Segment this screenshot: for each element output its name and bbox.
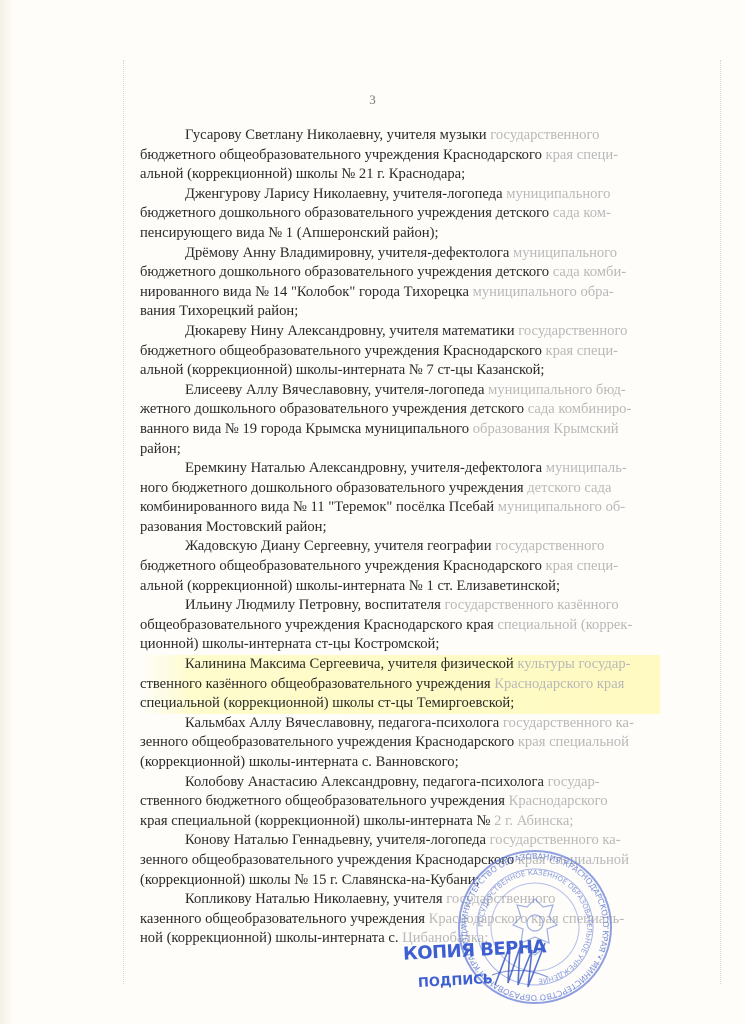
text-line: разования Мостовский район; — [140, 518, 660, 538]
text-line: Еремкину Наталью Александровну, учителя-… — [140, 459, 660, 479]
text-line: Дженгурову Ларису Николаевну, учителя-ло… — [140, 185, 660, 205]
line-text: Дженгурову Ларису Николаевну, учителя-ло… — [185, 186, 506, 202]
text-line: район; — [140, 440, 660, 460]
appointee-paragraph: Дженгурову Ларису Николаевну, учителя-ло… — [140, 185, 660, 244]
text-line: ционной) школы-интерната ст-цы Костромск… — [140, 635, 660, 655]
faded-line-text: Краснодарского — [509, 793, 608, 809]
line-text: бюджетного дошкольного образовательного … — [140, 264, 553, 280]
appointee-paragraph: Кальмбах Аллу Вячеславовну, педагога-пси… — [140, 714, 660, 773]
faded-line-text: культуры государ- — [517, 656, 630, 672]
line-text: альной (коррекционной) школы-интерната №… — [140, 362, 544, 378]
text-line: ванного вида № 19 города Крымска муницип… — [140, 420, 660, 440]
text-line: Калинина Максима Сергеевича, учителя физ… — [140, 655, 660, 675]
faded-line-text: Краснодарского края — [494, 676, 624, 692]
text-line: жетного дошкольного образовательного учр… — [140, 400, 660, 420]
faded-line-text: муниципального обра- — [473, 284, 614, 300]
text-line: ственного бюджетного общеобразовательног… — [140, 792, 660, 812]
line-text: бюджетного общеобразовательного учрежден… — [140, 343, 546, 359]
line-text: ванного вида № 19 города Крымска муницип… — [140, 421, 473, 437]
line-text: Жадовскую Диану Сергеевну, учителя геогр… — [185, 538, 495, 554]
line-text: альной (коррекционной) школы № 21 г. Кра… — [140, 166, 465, 182]
text-line: нированного вида № 14 "Колобок" города Т… — [140, 283, 660, 303]
line-text: альной (коррекционной) школы-интерната №… — [140, 578, 560, 594]
appointee-paragraph: Колобову Анастасию Александровну, педаго… — [140, 773, 660, 832]
line-text: Копликову Наталью Николаевну, учителя — [185, 891, 446, 907]
line-text: казенного общеобразовательного учреждени… — [140, 911, 429, 927]
text-line: Ильину Людмилу Петровну, воспитателя гос… — [140, 596, 660, 616]
faded-line-text: муниципального — [513, 245, 617, 261]
text-line: Дрёмову Анну Владимировну, учителя-дефек… — [140, 244, 660, 264]
faded-line-text: края специ- — [546, 147, 618, 163]
text-line: ного бюджетного дошкольного образователь… — [140, 479, 660, 499]
line-text: нированного вида № 14 "Колобок" города Т… — [140, 284, 473, 300]
faded-line-text: 2 г. Абинска; — [494, 813, 573, 829]
line-text: ной (коррекционной) школы-интерната с. — [140, 930, 402, 946]
text-line: бюджетного общеобразовательного учрежден… — [140, 557, 660, 577]
line-text: (коррекционной) школы № 15 г. Славянска-… — [140, 872, 480, 888]
line-text: Дрёмову Анну Владимировну, учителя-дефек… — [185, 245, 513, 261]
faded-line-text: государственного ка- — [503, 715, 634, 731]
faded-line-text: образования Крымский — [473, 421, 619, 437]
line-text: Еремкину Наталью Александровну, учителя-… — [185, 460, 546, 476]
line-text: Гусарову Светлану Николаевну, учителя му… — [185, 127, 490, 143]
appointee-paragraph: Дрёмову Анну Владимировну, учителя-дефек… — [140, 244, 660, 322]
line-text: бюджетного дошкольного образовательного … — [140, 205, 553, 221]
appointee-paragraph: Еремкину Наталью Александровну, учителя-… — [140, 459, 660, 537]
line-text: ственного казённого общеобразовательного… — [140, 676, 494, 692]
line-text: комбинированного вида № 11 "Теремок" пос… — [140, 499, 498, 515]
text-line: бюджетного дошкольного образовательного … — [140, 204, 660, 224]
appointee-paragraph: Ильину Людмилу Петровну, воспитателя гос… — [140, 596, 660, 655]
faded-line-text: детского сада — [527, 480, 611, 496]
line-text: Калинина Максима Сергеевича, учителя физ… — [185, 656, 517, 672]
appointee-paragraph: Гусарову Светлану Николаевну, учителя му… — [140, 126, 660, 185]
line-text: зенного общеобразовательного учреждения … — [140, 734, 518, 750]
appointee-paragraph: Калинина Максима Сергеевича, учителя физ… — [140, 655, 660, 714]
faded-line-text: края специальной — [518, 734, 629, 750]
line-text: края специальной (коррекционной) школы-и… — [140, 813, 494, 829]
line-text: ного бюджетного дошкольного образователь… — [140, 480, 527, 496]
faded-line-text: государ- — [548, 774, 600, 790]
line-text: бюджетного общеобразовательного учрежден… — [140, 558, 546, 574]
line-text: Ильину Людмилу Петровну, воспитателя — [185, 597, 445, 613]
text-line: Жадовскую Диану Сергеевну, учителя геогр… — [140, 537, 660, 557]
faded-line-text: муниципального — [506, 186, 610, 202]
page-number: 3 — [0, 92, 745, 108]
text-line: Елисееву Аллу Вячеславовну, учителя-лого… — [140, 381, 660, 401]
line-text: Конову Наталью Геннадьевну, учителя-лого… — [185, 832, 490, 848]
text-line: края специальной (коррекционной) школы-и… — [140, 812, 660, 832]
faded-line-text: государственного — [490, 127, 599, 143]
text-line: альной (коррекционной) школы № 21 г. Кра… — [140, 165, 660, 185]
faded-line-text: муниципального бюд- — [488, 382, 626, 398]
faded-line-text: края специ- — [546, 558, 618, 574]
text-line: (коррекционной) школы-интерната с. Ванно… — [140, 753, 660, 773]
faded-line-text: государственного — [518, 323, 627, 339]
line-text: жетного дошкольного образовательного учр… — [140, 401, 528, 417]
line-text: Дюкареву Нину Александровну, учителя мат… — [185, 323, 518, 339]
text-line: альной (коррекционной) школы-интерната №… — [140, 361, 660, 381]
line-text: бюджетного общеобразовательного учрежден… — [140, 147, 546, 163]
text-line: бюджетного общеобразовательного учрежден… — [140, 146, 660, 166]
text-line: Колобову Анастасию Александровну, педаго… — [140, 773, 660, 793]
faded-line-text: сада комби- — [553, 264, 626, 280]
line-text: Елисееву Аллу Вячеславовну, учителя-лого… — [185, 382, 488, 398]
line-text: Кальмбах Аллу Вячеславовну, педагога-пси… — [185, 715, 503, 731]
text-line: Дюкареву Нину Александровну, учителя мат… — [140, 322, 660, 342]
faded-line-text: сада ком- — [553, 205, 611, 221]
line-text: вания Тихорецкий район; — [140, 303, 298, 319]
line-text: район; — [140, 441, 181, 457]
text-line: комбинированного вида № 11 "Теремок" пос… — [140, 498, 660, 518]
text-line: пенсирующего вида № 1 (Апшеронский район… — [140, 224, 660, 244]
faded-line-text: муниципального об- — [498, 499, 625, 515]
appointee-paragraph: Дюкареву Нину Александровну, учителя мат… — [140, 322, 660, 381]
text-line: бюджетного дошкольного образовательного … — [140, 263, 660, 283]
appointee-paragraph: Жадовскую Диану Сергеевну, учителя геогр… — [140, 537, 660, 596]
line-text: общеобразовательного учреждения Краснода… — [140, 617, 497, 633]
line-text: (коррекционной) школы-интерната с. Ванно… — [140, 754, 459, 770]
faded-line-text: государственного казённого — [445, 597, 619, 613]
text-line: Гусарову Светлану Николаевну, учителя му… — [140, 126, 660, 146]
line-text: разования Мостовский район; — [140, 519, 327, 535]
faded-line-text: края специ- — [546, 343, 618, 359]
appointee-paragraph: Елисееву Аллу Вячеславовну, учителя-лого… — [140, 381, 660, 459]
text-line: ственного казённого общеобразовательного… — [140, 675, 660, 695]
faded-line-text: муниципаль- — [546, 460, 627, 476]
line-text: ственного бюджетного общеобразовательног… — [140, 793, 509, 809]
text-line: Кальмбах Аллу Вячеславовну, педагога-пси… — [140, 714, 660, 734]
text-line: альной (коррекционной) школы-интерната №… — [140, 577, 660, 597]
line-text: специальной (коррекционной) школы ст-цы … — [140, 695, 514, 711]
faded-line-text: специальной (коррек- — [497, 617, 632, 633]
text-line: зенного общеобразовательного учреждения … — [140, 733, 660, 753]
margin-guide-right — [720, 60, 722, 984]
text-line: бюджетного общеобразовательного учрежден… — [140, 342, 660, 362]
text-line: специальной (коррекционной) школы ст-цы … — [140, 694, 660, 714]
faded-line-text: сада комбиниро- — [528, 401, 632, 417]
document-body: Гусарову Светлану Николаевну, учителя му… — [140, 126, 660, 949]
text-line: вания Тихорецкий район; — [140, 302, 660, 322]
margin-guide-left — [123, 60, 125, 984]
scan-edge — [0, 0, 14, 1024]
text-line: общеобразовательного учреждения Краснода… — [140, 616, 660, 636]
line-text: Колобову Анастасию Александровну, педаго… — [185, 774, 548, 790]
line-text: пенсирующего вида № 1 (Апшеронский район… — [140, 225, 439, 241]
faded-line-text: государственного ка- — [490, 832, 621, 848]
faded-line-text: государственного — [495, 538, 604, 554]
line-text: ционной) школы-интерната ст-цы Костромск… — [140, 636, 439, 652]
